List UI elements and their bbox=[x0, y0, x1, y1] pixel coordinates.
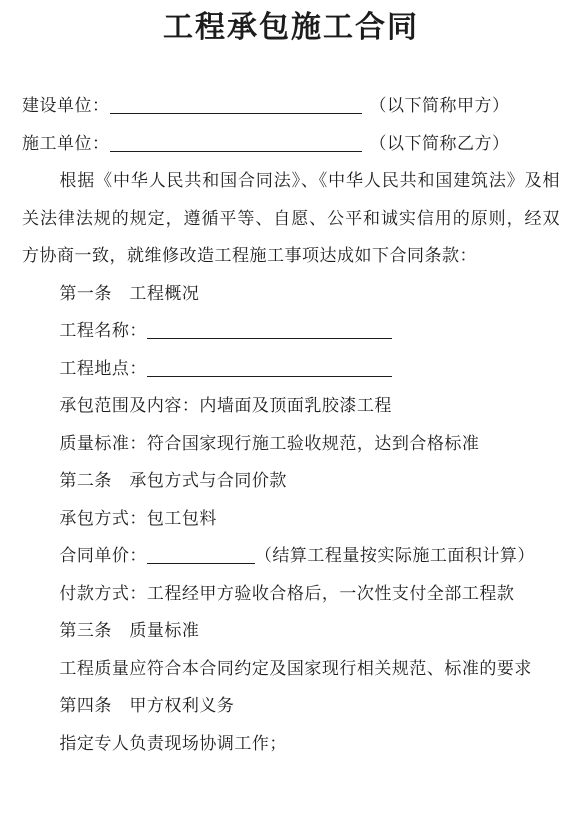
payment-line: 付款方式：工程经甲方验收合格后，一次性支付全部工程款 bbox=[22, 575, 560, 613]
contractor-fill-in-blank[interactable] bbox=[110, 133, 362, 152]
clause4-item1: 指定专人负责现场协调工作； bbox=[22, 725, 560, 763]
unit-price-fill-in-blank[interactable] bbox=[147, 545, 255, 564]
contract-method-line: 承包方式：包工包料 bbox=[22, 500, 560, 538]
project-name-label: 工程名称： bbox=[59, 321, 147, 340]
clause3-heading: 第三条 质量标准 bbox=[22, 612, 560, 650]
document-title: 工程承包施工合同 bbox=[22, 5, 560, 51]
clause2-heading: 第二条 承包方式与合同价款 bbox=[22, 462, 560, 500]
clause3-body: 工程质量应符合本合同约定及国家现行相关规范、标准的要求 bbox=[22, 650, 560, 688]
owner-fill-in-blank[interactable] bbox=[110, 95, 362, 114]
contract-document-page: 工程承包施工合同 建设单位：（以下简称甲方） 施工单位：（以下简称乙方） 根据《… bbox=[0, 0, 580, 826]
party-line-owner: 建设单位：（以下简称甲方） bbox=[22, 87, 560, 125]
owner-alias-note: （以下简称甲方） bbox=[370, 96, 510, 115]
scope-line: 承包范围及内容：内墙面及顶面乳胶漆工程 bbox=[22, 387, 560, 425]
owner-label: 建设单位： bbox=[22, 96, 110, 115]
contractor-label: 施工单位： bbox=[22, 134, 110, 153]
project-site-line: 工程地点： bbox=[22, 350, 560, 388]
project-name-line: 工程名称： bbox=[22, 312, 560, 350]
party-line-contractor: 施工单位：（以下简称乙方） bbox=[22, 125, 560, 163]
unit-price-label: 合同单价： bbox=[59, 546, 147, 565]
project-site-fill-in-blank[interactable] bbox=[147, 358, 392, 377]
preamble-paragraph: 根据《中华人民共和国合同法》、《中华人民共和国建筑法》及相关法律法规的规定，遵循… bbox=[22, 162, 560, 275]
quality-standard-line: 质量标准：符合国家现行施工验收规范，达到合格标准 bbox=[22, 425, 560, 463]
unit-price-note: （结算工程量按实际施工面积计算） bbox=[255, 546, 535, 565]
contractor-alias-note: （以下简称乙方） bbox=[370, 134, 510, 153]
clause4-heading: 第四条 甲方权利义务 bbox=[22, 687, 560, 725]
clause1-heading: 第一条 工程概况 bbox=[22, 275, 560, 313]
unit-price-line: 合同单价：（结算工程量按实际施工面积计算） bbox=[22, 537, 560, 575]
project-site-label: 工程地点： bbox=[59, 359, 147, 378]
project-name-fill-in-blank[interactable] bbox=[147, 320, 392, 339]
